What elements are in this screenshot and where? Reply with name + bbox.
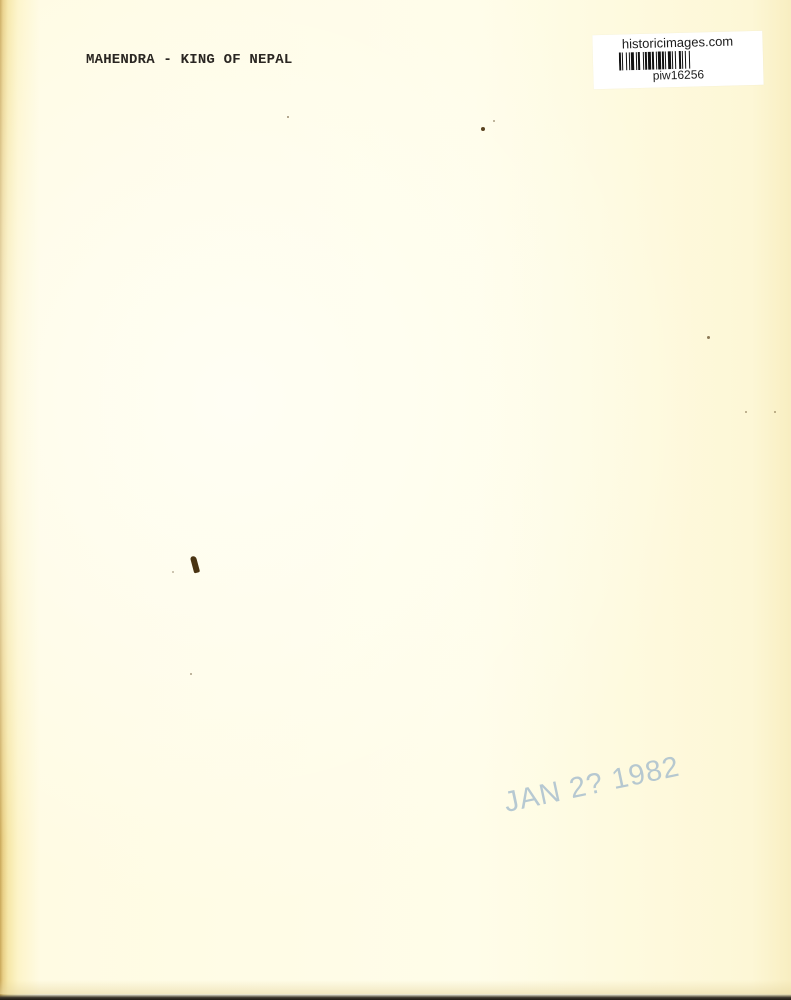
dust-speck bbox=[493, 120, 495, 122]
dust-speck bbox=[287, 116, 289, 118]
dust-speck bbox=[481, 127, 485, 131]
dust-speck bbox=[774, 411, 776, 413]
sticker-site-name: historicimages.com bbox=[592, 34, 762, 52]
dust-speck bbox=[190, 673, 192, 675]
bottom-edge-shadow bbox=[0, 980, 791, 994]
ink-blot bbox=[190, 556, 200, 574]
dust-speck bbox=[745, 411, 747, 413]
archive-barcode-sticker: historicimages.com piw16256 bbox=[592, 31, 763, 89]
dust-speck bbox=[707, 336, 710, 339]
date-stamp: JAN 2? 1982 bbox=[501, 751, 683, 820]
photo-back-page: MAHENDRA - KING OF NEPAL historicimages.… bbox=[0, 0, 791, 1000]
dust-speck bbox=[172, 571, 174, 573]
typed-caption: MAHENDRA - KING OF NEPAL bbox=[86, 52, 292, 68]
